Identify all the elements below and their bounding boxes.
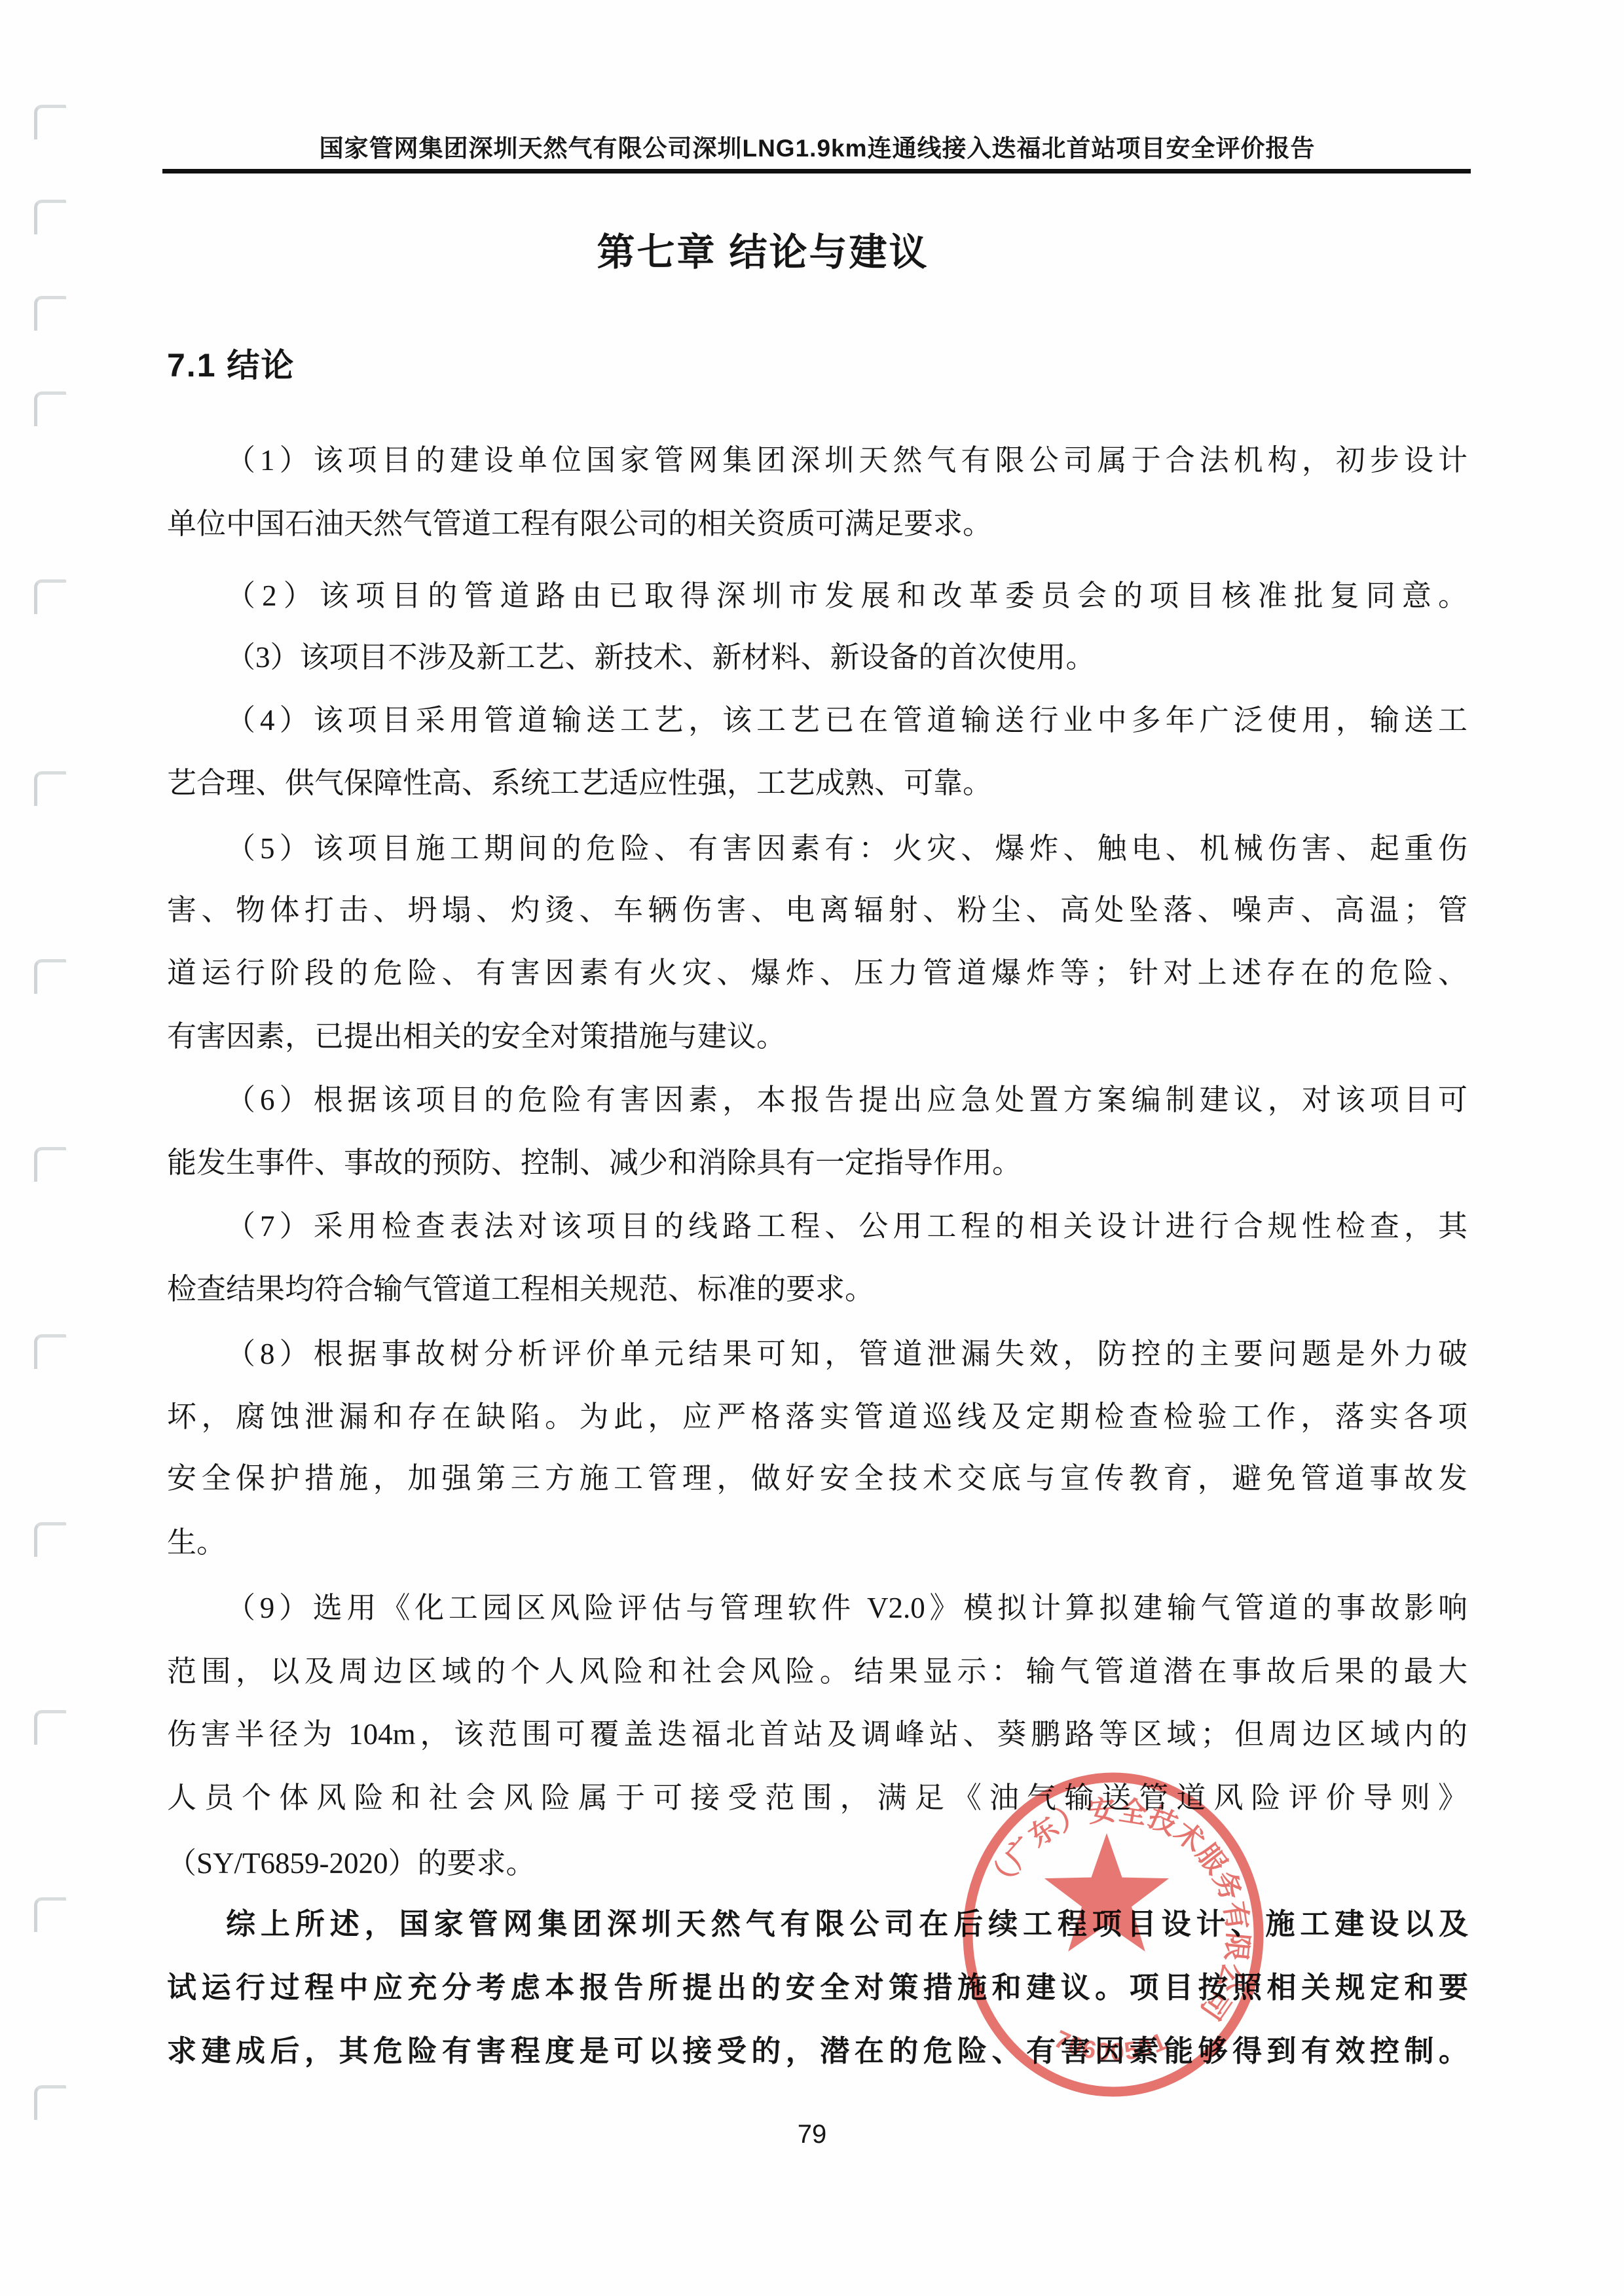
page-header: 国家管网集团深圳天然气有限公司深圳LNG1.9km连通线接入迭福北首站项目安全评…: [167, 128, 1467, 164]
body-line: 艺合理、供气保障性高、系统工艺适应性强，工艺成熟、可靠。: [167, 765, 1467, 801]
binding-mark: [34, 296, 66, 331]
body-line: 检查结果均符合输气管道工程相关规范、标准的要求。: [167, 1271, 1467, 1307]
body-line: 生。: [167, 1524, 1467, 1561]
binding-mark: [34, 392, 66, 426]
body-line: 伤害半径为 104m，该范围可覆盖迭福北首站及调峰站、葵鹏路等区域；但周边区域内…: [167, 1716, 1467, 1753]
binding-mark: [34, 105, 66, 139]
body-line: （8）根据事故树分析评价单元结果可知，管道泄漏失效，防控的主要问题是外力破: [167, 1336, 1467, 1372]
body-line: 安全保护措施，加强第三方施工管理，做好安全技术交底与宣传教育，避免管道事故发: [167, 1460, 1467, 1497]
document-page: 国家管网集团深圳天然气有限公司深圳LNG1.9km连通线接入迭福北首站项目安全评…: [0, 0, 1624, 2296]
company-seal-stamp: （广东）安全技术服务有限公司 70600501: [959, 1768, 1274, 2115]
body-line: （7）采用检查表法对该项目的线路工程、公用工程的相关设计进行合规性检查，其: [167, 1208, 1467, 1245]
seal-serial-number: 70600501: [1050, 2026, 1172, 2067]
binding-mark: [34, 1522, 66, 1557]
binding-mark: [34, 200, 66, 234]
binding-mark: [34, 2085, 66, 2120]
star-icon: [1044, 1833, 1169, 1952]
body-line: （5）该项目施工期间的危险、有害因素有：火灾、爆炸、触电、机械伤害、起重伤: [167, 830, 1467, 867]
body-line: 道运行阶段的危险、有害因素有火灾、爆炸、压力管道爆炸等；针对上述存在的危险、: [167, 955, 1467, 991]
body-line: 单位中国石油天然气管道工程有限公司的相关资质可满足要求。: [167, 505, 1467, 542]
binding-mark: [34, 1147, 66, 1182]
body-line: 坏，腐蚀泄漏和存在缺陷。为此，应严格落实管道巡线及定期检查检验工作，落实各项: [167, 1398, 1467, 1435]
body-line: （9）选用《化工园区风险评估与管理软件 V2.0》模拟计算拟建输气管道的事故影响: [167, 1590, 1467, 1626]
body-line: 范围，以及周边区域的个人风险和社会风险。结果显示：输气管道潜在事故后果的最大: [167, 1653, 1467, 1690]
binding-mark: [34, 579, 66, 614]
body-line: （3）该项目不涉及新工艺、新技术、新材料、新设备的首次使用。: [167, 639, 1467, 676]
binding-mark: [34, 1710, 66, 1745]
header-divider: [162, 169, 1471, 173]
binding-mark: [34, 1897, 66, 1932]
body-line: 害、物体打击、坍塌、灼烫、车辆伤害、电离辐射、粉尘、高处坠落、噪声、高温；管: [167, 892, 1467, 928]
binding-mark: [34, 959, 66, 994]
binding-mark: [34, 771, 66, 806]
page-number: 79: [0, 2120, 1624, 2149]
binding-mark: [34, 1334, 66, 1369]
body-line: （4）该项目采用管道输送工艺，该工艺已在管道输送行业中多年广泛使用，输送工: [167, 702, 1467, 738]
svg-text:70600501: 70600501: [1050, 2026, 1172, 2067]
body-line: （1）该项目的建设单位国家管网集团深圳天然气有限公司属于合法机构，初步设计: [167, 442, 1467, 479]
body-line: （6）根据该项目的危险有害因素，本报告提出应急处置方案编制建议，对该项目可: [167, 1082, 1467, 1118]
body-line: 有害因素，已提出相关的安全对策措施与建议。: [167, 1018, 1467, 1055]
section-title: 7.1 结论: [167, 339, 295, 386]
body-line: （2）该项目的管道路由已取得深圳市发展和改革委员会的项目核准批复同意。: [167, 577, 1467, 614]
body-line: 能发生事件、事故的预防、控制、减少和消除具有一定指导作用。: [167, 1144, 1467, 1181]
chapter-title: 第七章 结论与建议: [0, 221, 1526, 276]
